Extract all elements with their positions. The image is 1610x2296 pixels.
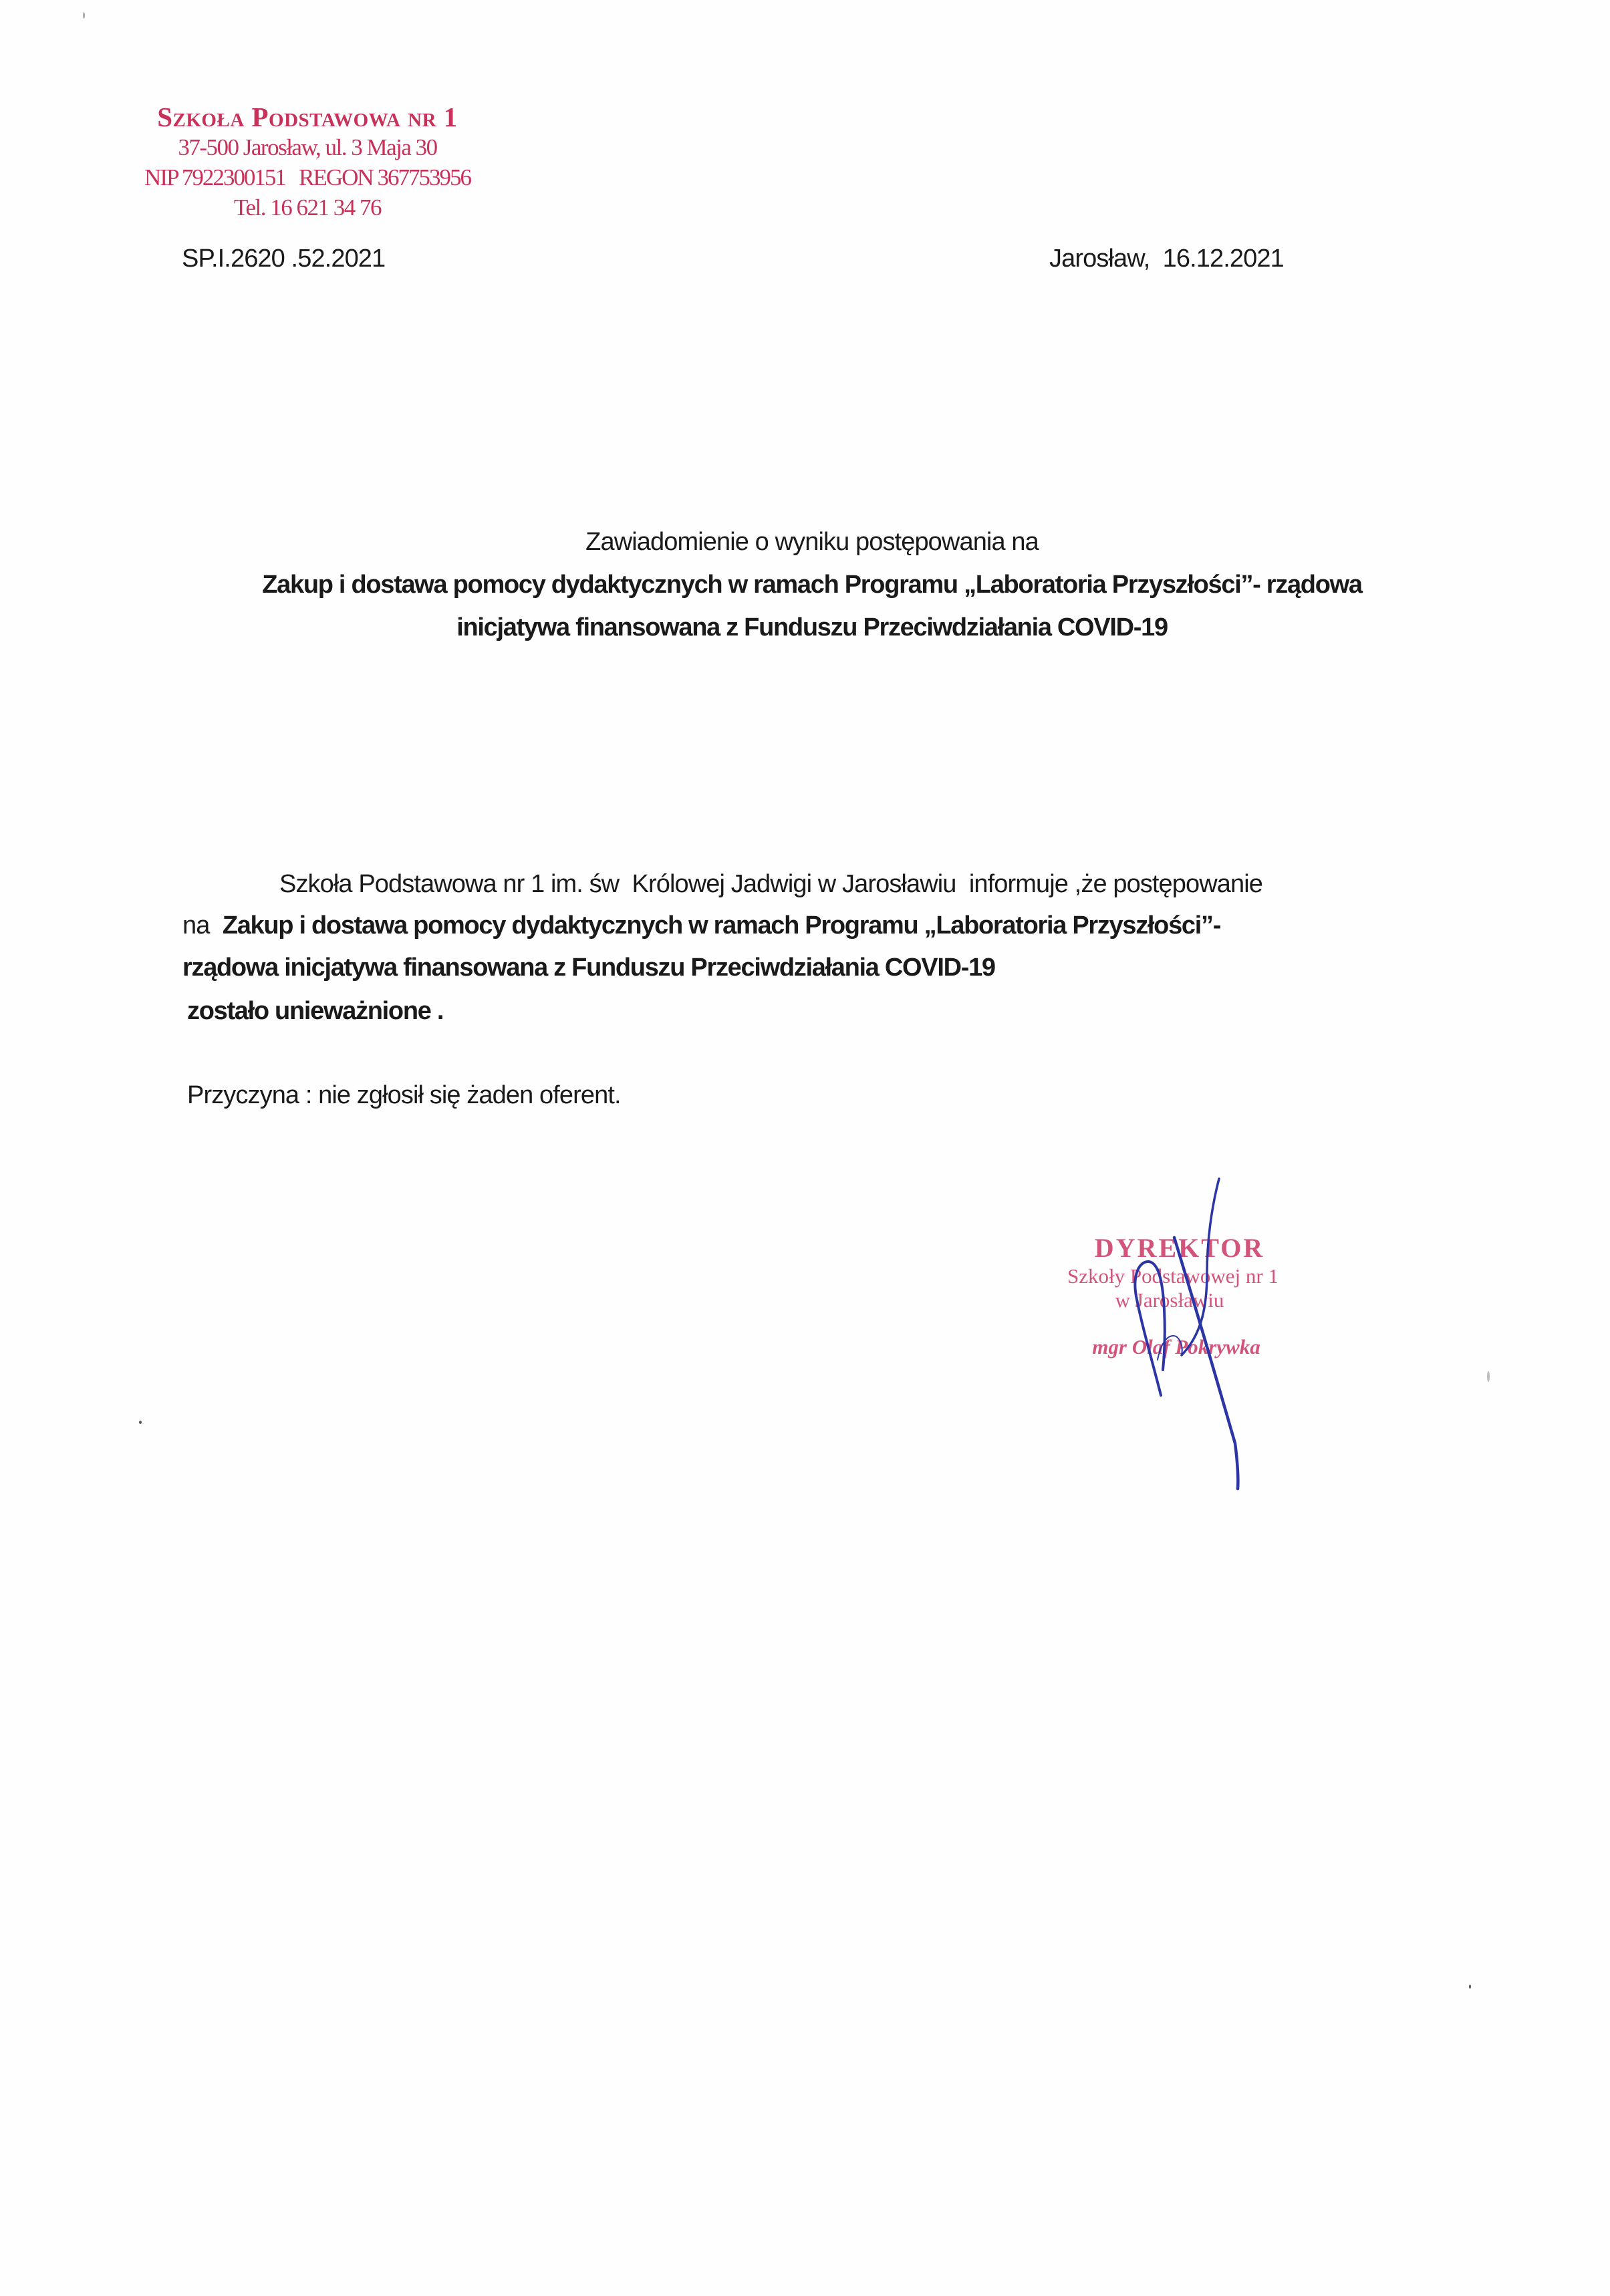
school-phone: Tel. 16 621 34 76 [114, 196, 501, 225]
body-line-4-annulled: zostało unieważnione . [187, 997, 443, 1026]
notice-title-line-2: Zakup i dostawa pomocy dydaktycznych w r… [0, 571, 1610, 599]
body-line-1: Szkoła Podstawowa nr 1 im. św Królowej J… [279, 870, 1262, 899]
body-line-2-subject: Zakup i dostawa pomocy dydaktycznych w r… [223, 911, 1220, 940]
scan-speck [1469, 1985, 1471, 1989]
place-and-date: Jarosław, 16.12.2021 [1049, 245, 1284, 273]
scan-speck [139, 1421, 142, 1424]
notice-title-line-1: Zawiadomienie o wyniku postępowania na [0, 528, 1610, 557]
body-line-3: rządowa inicjatywa finansowana z Fundusz… [182, 954, 995, 982]
body-line-2: na Zakup i dostawa pomocy dydaktycznych … [182, 911, 1220, 940]
director-title: DYREKTOR [1043, 1235, 1317, 1266]
reference-number: SP.I.2620 .52.2021 [182, 245, 385, 273]
school-tax-ids: NIP 7922300151 REGON 367753956 [114, 166, 501, 194]
scan-speck [1487, 1371, 1490, 1382]
director-organization: Szkoły Podstawowej nr 1 [1029, 1266, 1317, 1290]
document-page: Szkoła Podstawowa nr 1 37-500 Jarosław, … [0, 0, 1610, 2296]
handwritten-signature-icon [0, 0, 1610, 2296]
school-address: 37-500 Jarosław, ul. 3 Maja 30 [114, 136, 501, 164]
school-name: Szkoła Podstawowa nr 1 [114, 104, 501, 134]
body-line-2-prefix: na [182, 911, 216, 940]
director-stamp: DYREKTOR Szkoły Podstawowej nr 1 w Jaros… [1029, 1235, 1317, 1357]
director-name: mgr Olaf Pokrywka [1036, 1336, 1317, 1357]
reason-line: Przyczyna : nie zgłosił się żaden oferen… [187, 1081, 621, 1110]
scan-speck [83, 12, 85, 19]
school-header-stamp: Szkoła Podstawowa nr 1 37-500 Jarosław, … [114, 104, 501, 225]
notice-title-line-3: inicjatywa finansowana z Funduszu Przeci… [0, 613, 1610, 642]
director-city: w Jarosławiu [1029, 1290, 1310, 1336]
